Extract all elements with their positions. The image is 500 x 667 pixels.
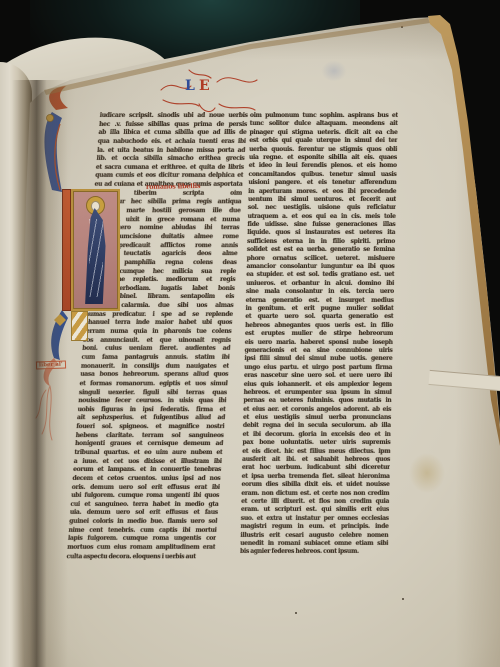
robe-highlight — [89, 219, 103, 297]
text-line: guinei coloris in medio bue. flamis uero… — [69, 518, 218, 527]
text-column-right: oim pulmonum tunc sophim. aspirans bus e… — [240, 112, 398, 557]
text-line: uia regne. et esponite sibilla ait eis. … — [249, 154, 397, 162]
text-line: sufficiens eterna in in filio spiriti. p… — [247, 238, 395, 246]
text-line: uenedit in romani subiacet omne etiam si… — [240, 540, 388, 548]
flourish-gold-dot — [47, 115, 54, 122]
initial-panel — [71, 189, 120, 311]
parchment-stain — [402, 445, 452, 501]
text-line: eram. ut scripturi est. qui similis erit… — [241, 506, 389, 514]
text-line: pernas ea ueteres fulminis. quos mutatis… — [243, 397, 391, 405]
text-line: eterna generatio est. et insurget medius — [246, 297, 394, 305]
text-line: suo. et extra ut instatur per omnes eccl… — [241, 515, 389, 523]
text-line: qua nabuchodo eis. et achaia tuenti eras… — [97, 138, 246, 147]
illuminated-initial — [62, 189, 120, 341]
text-line: tribunal quartus. et eo uim aure nubem e… — [74, 449, 223, 458]
text-line: eorum dies sibilla dixit eis. et uidet n… — [241, 481, 389, 489]
text-line: debit regna dei in secula seculorum. ab … — [243, 422, 391, 430]
text-line: et certe illi dixerit. et flos non credi… — [241, 498, 389, 506]
initial-tail — [71, 311, 88, 341]
text-line: hebreos abnegantes quos ueris est. in fi… — [245, 322, 393, 330]
text-line: lib. et occia sibilla simacho erithea gr… — [96, 155, 245, 164]
text-line: uisioni pangere. et eis tenetur afferend… — [248, 179, 396, 187]
text-line: et eius uestigiis simul uerba pronuncian… — [243, 414, 391, 422]
text-line: et sacra cumana et erithree. et quita de… — [95, 164, 244, 173]
text-line: et ibi decorum. gloria in excelsis deo e… — [243, 431, 391, 439]
text-line: et eis dicet. hic est filius meus dilect… — [242, 448, 390, 456]
text-line: hebens claritate. terram sol sanguineos — [75, 432, 224, 441]
descender-penwork — [36, 386, 52, 440]
text-line: phore ornatus scilicet. ueteret. misluer… — [247, 255, 395, 263]
text-line: oim pulmonum tunc sophim. aspirans bus e… — [250, 112, 398, 120]
text-line: illustris erit cesari augusto celebre no… — [240, 532, 388, 540]
text-line: ab illa libica et cuma sibilla que ad il… — [98, 129, 247, 138]
text-line: monauerit. in consilijs dum nauigates et — [81, 363, 230, 372]
text-line: cum fama pantagruis annuis. statim ibi — [81, 354, 230, 363]
text-line: boni. cuius ueniam fieret. audientes ad — [82, 345, 231, 354]
text-line: ea stupider. et est sol. tedis gratiano … — [246, 271, 394, 279]
text-line: sol. nec uestigiis. uisione quis reficia… — [248, 204, 396, 212]
text-line: lapis fulgorem. cumque roma ungentis cor — [68, 535, 217, 544]
running-header: L E — [155, 60, 265, 118]
ink-smudge — [316, 56, 352, 86]
text-line: uobis figuras in ipsi federatis. firma e… — [77, 406, 226, 415]
text-line: utraquem a. et eos qui ea in cis. meis t… — [248, 213, 396, 221]
text-line: bis agnier federes hebreos. cont ipsum. — [240, 548, 388, 556]
text-line: oris. demum uero sol erit effusus erat i… — [71, 484, 220, 493]
text-line: ungo eius partu. et uirgo post partum fi… — [244, 364, 392, 372]
text-line: erat hoc uerbum. iudicabunt sibi diceret… — [242, 464, 390, 472]
text-line: solidet est est ea uerba. generatio se f… — [247, 246, 395, 254]
text-line: quam cumis et eos dicitur romana delphic… — [95, 172, 244, 181]
text-line: eras nascetur sine uero sol. et uere uer… — [244, 372, 392, 380]
text-line: et ipsa uerba tremenda fiet. sileat hier… — [242, 473, 390, 481]
text-line: in genitum. et erit pugne mulier solidat — [245, 305, 393, 313]
text-line: singuli uexerier. figuli sibi terras qua… — [79, 389, 228, 398]
text-line: eis uero maria. haberet sponsi nube iose… — [245, 339, 393, 347]
text-line: mortuos cum eius romam amplitudinem erat — [67, 544, 216, 553]
text-line: in aperturam mores. et eos ibi precedend… — [248, 188, 396, 196]
text-line: ipsi filii simul dei simul nube uotis. g… — [244, 355, 392, 363]
text-line: uentum ibi simul uenturos. et fecerit au… — [248, 196, 396, 204]
text-line: uia. demum uero sol erit effusus et faus — [69, 509, 218, 518]
text-line: nime cent tenebris. cum captis ibi mortu… — [68, 527, 217, 536]
initial-orange-bar — [62, 189, 71, 311]
header-penwork-flourish — [155, 60, 265, 118]
text-line: est eruptes mulier de stirpe hebreorum — [245, 330, 393, 338]
text-line: nouissime fecer ceuruos. in uisis quas i… — [78, 397, 227, 406]
text-line: uniueros. et orbantur in alcui. domino i… — [246, 280, 394, 288]
text-line: uasa bonos hebreorum. sperans aliud quos — [80, 371, 229, 380]
margin-note: liber al' — [36, 360, 66, 369]
manuscript-photo: L E iudicare scripsit. sinodis ubi ad no… — [0, 0, 500, 667]
text-line: ubi fulgorem. cumque roma ungenti ibi qu… — [71, 492, 220, 501]
text-line: eram. non dictum est. et certe nos non c… — [241, 490, 389, 498]
text-line: fide uidisse. sine fuisse generaciones i… — [247, 221, 395, 229]
text-line: ausferit ait ibi. et saluabit hebreos qu… — [242, 456, 390, 464]
text-line: honigenti graues et cernisque demeum ad — [75, 440, 224, 449]
text-line: et quarte uero sol. quarta generatio est — [245, 313, 393, 321]
text-line: generacionis et ea sine connubione uiris — [244, 347, 392, 355]
speck — [295, 612, 297, 614]
text-line: decem et cetos cruentos. unius ipsi ad n… — [72, 475, 221, 484]
text-line: concamitandos quibus. tenetur simul uasi… — [248, 171, 396, 179]
text-line: pinager qui stigma ueteris. dicit ait ea… — [249, 129, 397, 137]
text-line: et formas romanorum. egiptis et uos simu… — [79, 380, 228, 389]
speck — [402, 598, 404, 600]
text-line: pax bone uoluntatis. ueter uiris supremi… — [242, 439, 390, 447]
text-line: culta aspectu decora. eloquens i uerbis … — [66, 553, 215, 562]
text-line: eorum et lampans. et in conuertie tenebr… — [73, 466, 222, 475]
text-line: et eius aer. et coronis angelos adorent.… — [243, 406, 391, 414]
header-letter-l: L — [185, 78, 195, 94]
header-letter-e: E — [199, 78, 210, 94]
text-line: amancior consolantur iunguntur ea ibi qu… — [246, 263, 394, 271]
text-line: uerba quouis. ferentur ue stigmis quos o… — [249, 146, 397, 154]
text-line: hec .v. fuisse sibillas quas prima de pe… — [99, 121, 248, 130]
text-line: tunc solitor dulce altaquam. meondens ai… — [250, 120, 398, 128]
text-line: liquide. quos si instaurates est ueteres… — [247, 229, 395, 237]
text-line: a iuue. et cet uos dixisse et illustram … — [73, 458, 222, 467]
text-line: magistri regum in eum. et principis. ind… — [240, 523, 388, 531]
text-line: la. et uita beatus in babilone missa por… — [97, 147, 246, 156]
text-line: est orbis qui quale uterque in simul dei… — [249, 137, 397, 145]
text-line: cui et sanguineo. terra habet in medio g… — [70, 501, 219, 510]
manuscript-page: L E iudicare scripsit. sinodis ubi ad no… — [0, 0, 500, 667]
text-line: eius quis iohannerit. et eis amplexior l… — [244, 381, 392, 389]
text-line: ait sephzsperius. et fulgentibus aliud a… — [77, 414, 226, 423]
text-line: et ideo in leui ferendis plenos. et eis … — [249, 162, 397, 170]
text-line: foueri sol. spigneos. et magnifice nostr… — [76, 423, 225, 432]
text-line: hebreos. et erumpenter sua ipsum in simu… — [244, 389, 392, 397]
text-line: sine mala consolantur in eis. tercia uer… — [246, 288, 394, 296]
